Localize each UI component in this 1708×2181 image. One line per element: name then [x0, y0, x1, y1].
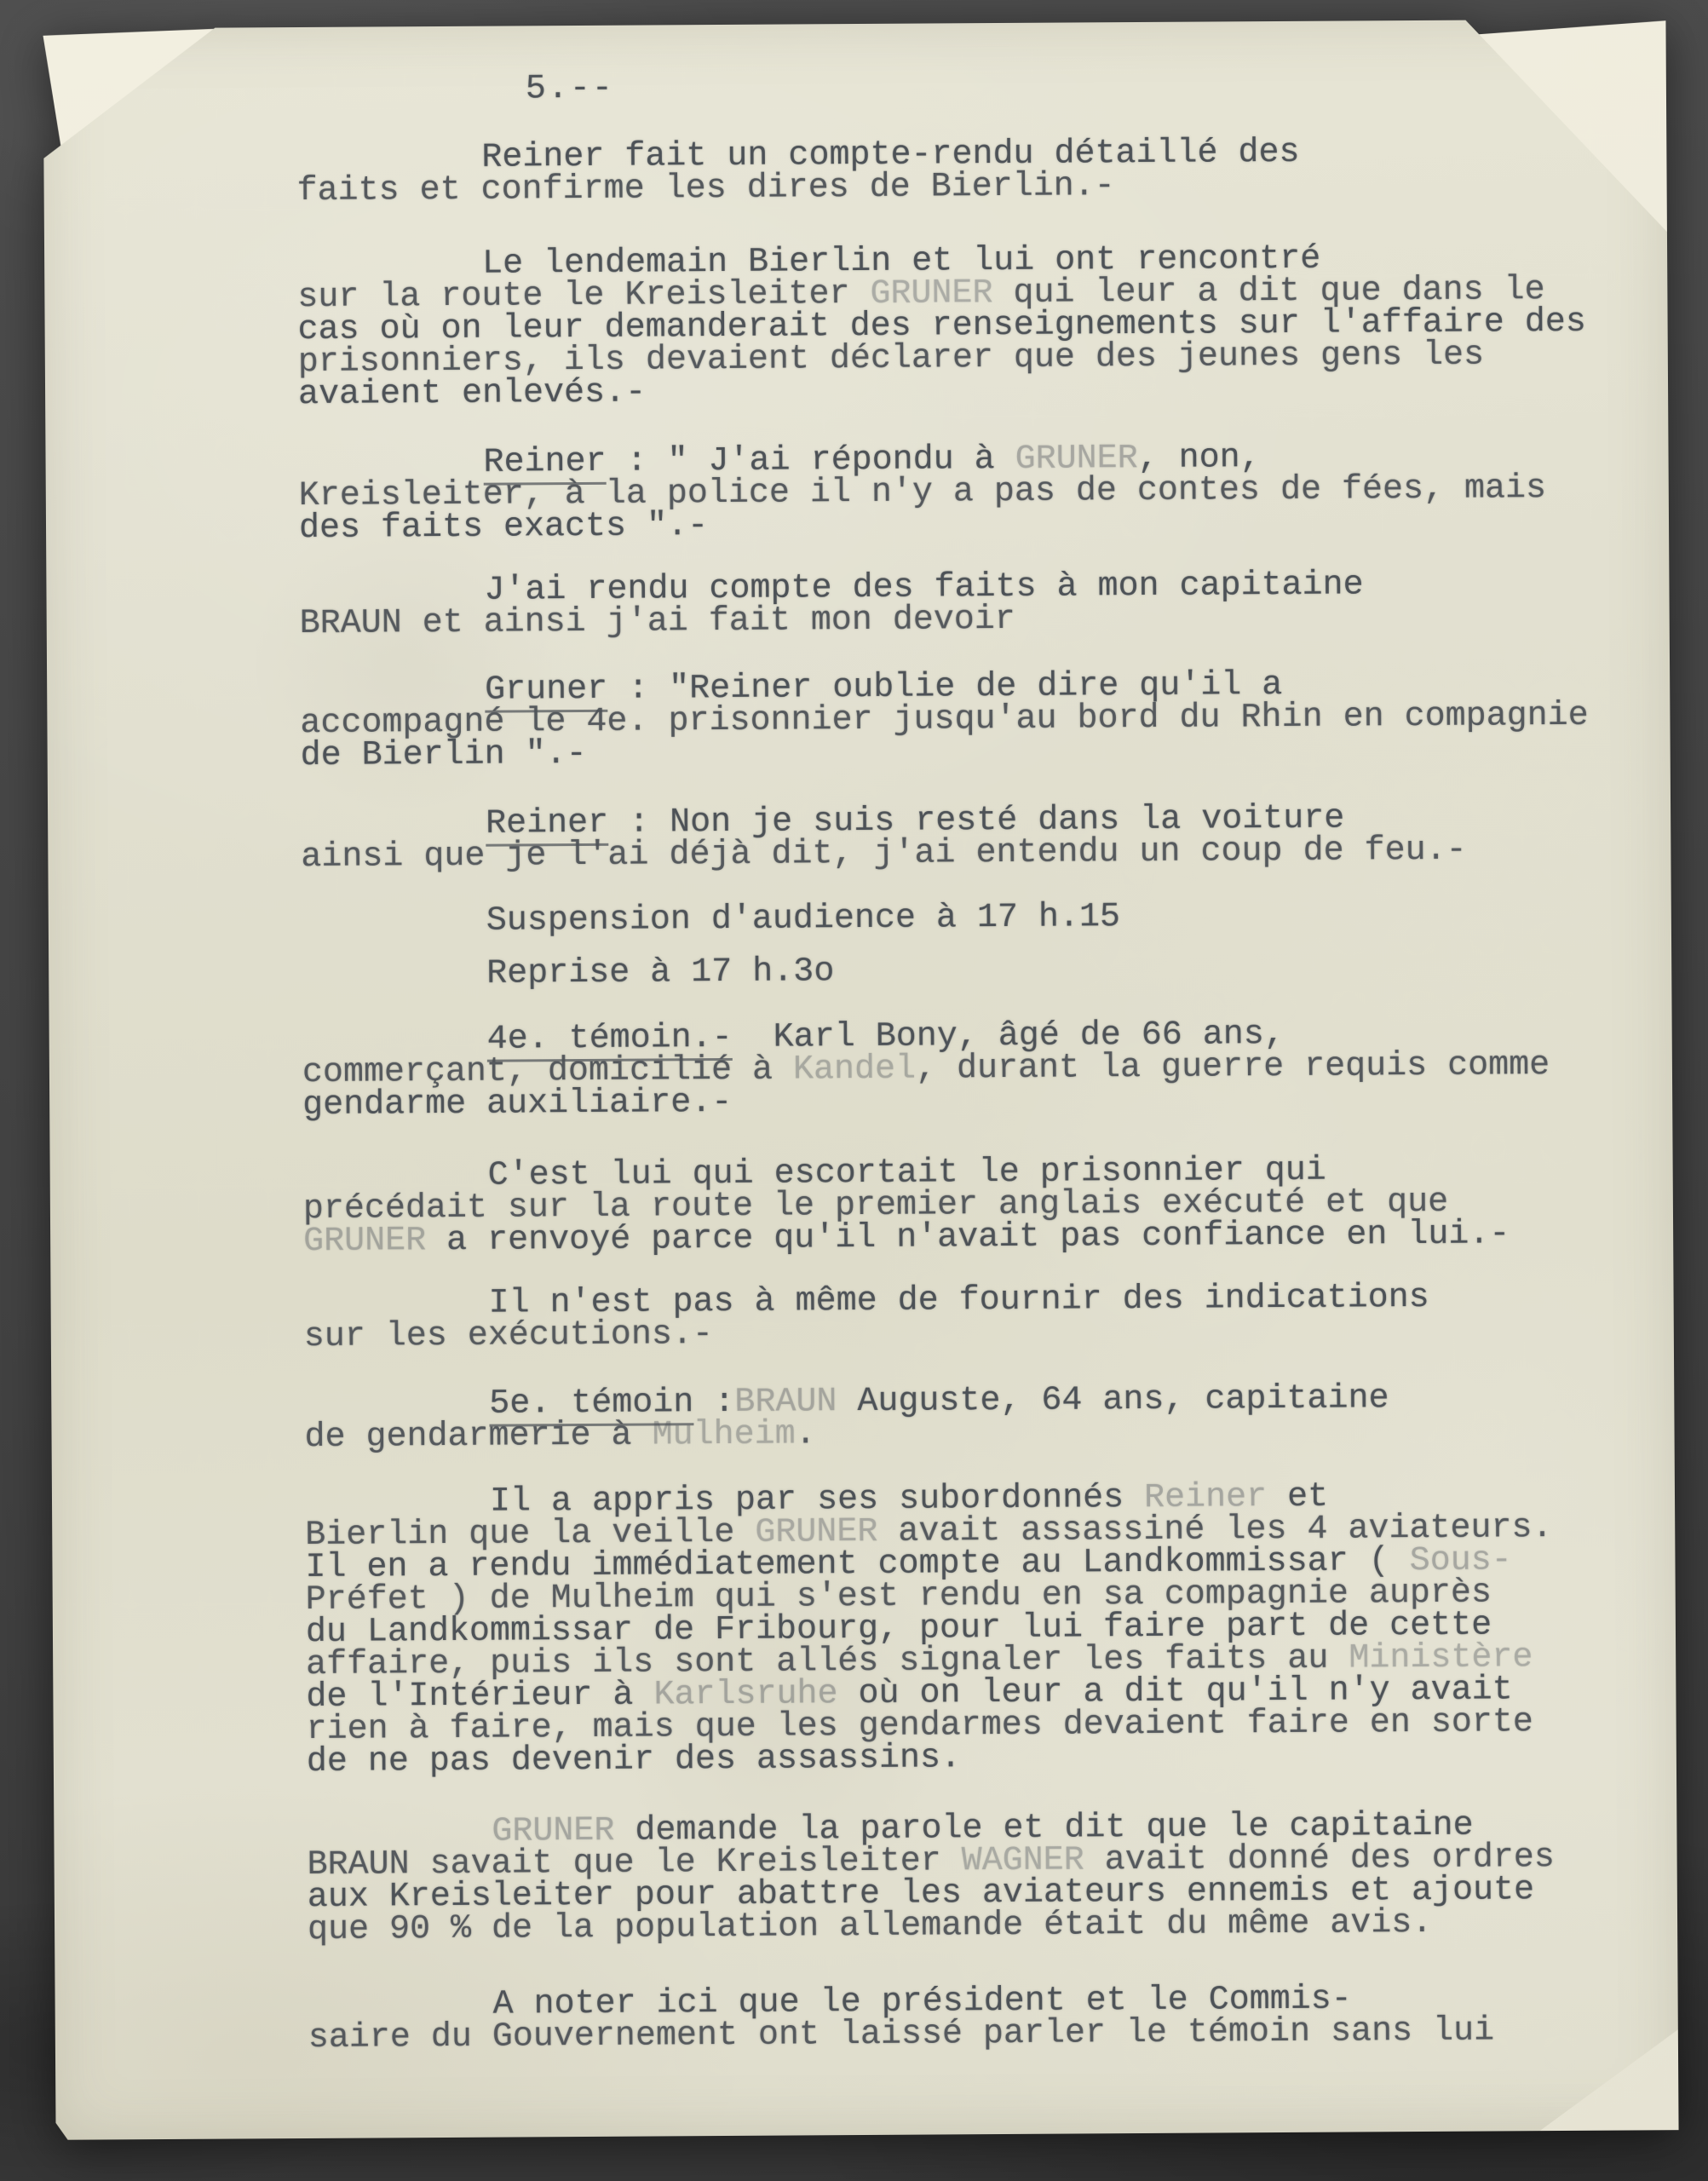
- text-line: sur la route le Kreisleiter GRUNER qui l…: [297, 273, 1667, 314]
- faded-text: Mulheim: [652, 1415, 795, 1454]
- text-segment: avait donné des ordres: [1084, 1839, 1555, 1879]
- text-line: que 90 % de la population allemande étai…: [308, 1906, 1677, 1947]
- text-segment: Suspension d'audience à 17 h.15: [486, 898, 1120, 941]
- text-segment: Bierlin que la veille: [305, 1514, 755, 1555]
- paragraph: Il n'est pas à même de fournir des indic…: [303, 1280, 1673, 1354]
- text-segment: Reprise à 17 h.3o: [486, 952, 834, 993]
- paragraph: C'est lui qui escortait le prisonnier qu…: [303, 1153, 1674, 1258]
- paragraph: Reiner : Non je suis resté dans la voitu…: [301, 801, 1671, 874]
- faded-text: WAGNER: [962, 1841, 1084, 1880]
- text-line: saire du Gouvernement ont laissé parler …: [308, 2014, 1678, 2055]
- text-line: affaire, puis ils sont allés signaler le…: [306, 1641, 1676, 1682]
- text-line: Kreisleiter, à la police il n'y a pas de…: [299, 472, 1669, 513]
- text-segment: de gendarmerie à: [304, 1417, 652, 1457]
- text-line: de gendarmerie à Mulheim.: [304, 1413, 1674, 1454]
- text-segment: prisonniers, ils devaient déclarer que d…: [298, 337, 1484, 383]
- paragraph: J'ai rendu compte des faits à mon capita…: [299, 567, 1669, 641]
- text-segment: précédait sur la route le premier anglai…: [303, 1183, 1448, 1229]
- text-segment: Kreisleiter, à la police il n'y a pas de…: [299, 469, 1546, 515]
- faded-text: Kandel: [793, 1050, 916, 1090]
- paper-stack: 5.-- Reiner fait un compte-rendu détaill…: [43, 19, 1678, 2140]
- paragraph: Le lendemain Bierlin et lui ont rencontr…: [297, 241, 1668, 411]
- text-line: ainsi que je l'ai déjà dit, j'ai entendu…: [301, 833, 1671, 874]
- paragraph: 5e. témoin :BRAUN Auguste, 64 ans, capit…: [304, 1381, 1674, 1454]
- faded-text: GRUNER: [870, 274, 992, 314]
- text-segment: sur les exécutions.-: [304, 1315, 713, 1356]
- paragraph: 4e. témoin.- Karl Bony, âgé de 66 ans,co…: [302, 1016, 1673, 1122]
- text-line: accompagné le 4e. prisonnier jusqu'au bo…: [300, 699, 1670, 740]
- paragraph: GRUNER demande la parole et dit que le c…: [307, 1809, 1677, 1947]
- text-line: faits et confirme les dires de Bierlin.-: [297, 167, 1667, 208]
- text-line: sur les exécutions.-: [304, 1313, 1674, 1354]
- paragraph: Suspension d'audience à 17 h.15: [302, 898, 1671, 939]
- text-line: BRAUN et ainsi j'ai fait mon devoir: [300, 600, 1670, 641]
- text-segment: saire du Gouvernement ont laissé parler …: [308, 2011, 1494, 2057]
- text-line: rien à faire, mais que les gendarmes dev…: [307, 1706, 1676, 1747]
- text-segment: .: [796, 1415, 816, 1453]
- paragraph: Reiner fait un compte-rendu détaillé des…: [296, 135, 1666, 208]
- text-segment: que 90 % de la population allemande étai…: [308, 1904, 1432, 1949]
- text-segment: Préfet ) de Mulheim qui s'est rendu en s…: [306, 1574, 1492, 1620]
- text-line: Suspension d'audience à 17 h.15: [302, 898, 1671, 939]
- text-segment: faits et confirme les dires de Bierlin.-: [296, 167, 1114, 210]
- text-line: Préfet ) de Mulheim qui s'est rendu en s…: [306, 1576, 1676, 1617]
- text-line: BRAUN savait que le Kreisleiter WAGNER a…: [308, 1841, 1677, 1882]
- text-segment: qui leur a dit que dans le: [992, 271, 1544, 313]
- paragraph: Reprise à 17 h.3o: [302, 951, 1671, 992]
- faded-text: GRUNER: [303, 1222, 426, 1261]
- page-number: 5.--: [526, 73, 614, 106]
- text-segment: accompagné le 4e. prisonnier jusqu'au bo…: [300, 697, 1588, 743]
- paragraph: Reiner : " J'ai répondu à GRUNER, non,Kr…: [298, 440, 1669, 545]
- faded-text: GRUNER: [755, 1513, 877, 1552]
- text-line: prisonniers, ils devaient déclarer que d…: [298, 338, 1668, 379]
- text-segment: sur la route le Kreisleiter: [297, 275, 870, 317]
- text-layer: 5.-- Reiner fait un compte-rendu détaill…: [296, 19, 1678, 2138]
- text-segment: BRAUN et ainsi j'ai fait mon devoir: [300, 601, 1015, 643]
- text-segment: BRAUN savait que le Kreisleiter: [307, 1842, 961, 1885]
- text-segment: , durant la guerre requis comme: [916, 1046, 1550, 1089]
- text-line: commerçant, domicilié à Kandel, durant l…: [302, 1049, 1672, 1090]
- paragraph: Gruner : "Reiner oublie de dire qu'il aa…: [300, 667, 1671, 773]
- text-segment: commerçant, domicilié à: [302, 1050, 793, 1092]
- text-segment: rien à faire, mais que les gendarmes dev…: [307, 1703, 1533, 1749]
- text-line: Reprise à 17 h.3o: [302, 951, 1671, 992]
- paragraph: A noter ici que le président et le Commi…: [308, 1982, 1678, 2055]
- faded-text: Ministère: [1349, 1638, 1533, 1677]
- text-segment: ainsi que je l'ai déjà dit, j'ai entendu…: [301, 832, 1466, 877]
- paragraph: Il a appris par ses subordonnés Reiner e…: [305, 1479, 1676, 1779]
